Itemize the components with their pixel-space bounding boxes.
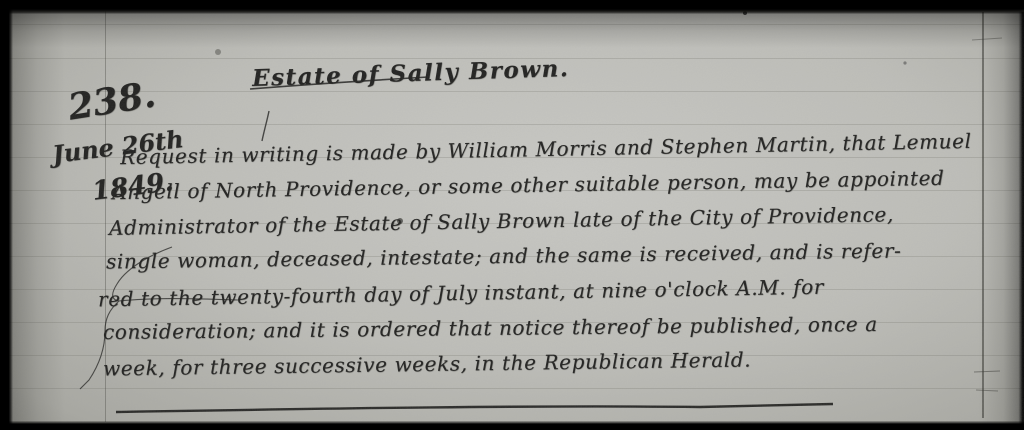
top-edge-shadow [0, 10, 1024, 48]
scan-frame-bottom [0, 421, 1024, 430]
scan-frame-left [0, 0, 13, 430]
page-fold-edge [978, 0, 1024, 430]
left-edge-shadow [10, 0, 65, 430]
document-scan: 238. June 26th 1849. Estate of Sally Bro… [0, 0, 1024, 430]
scan-frame-top [0, 0, 1024, 14]
